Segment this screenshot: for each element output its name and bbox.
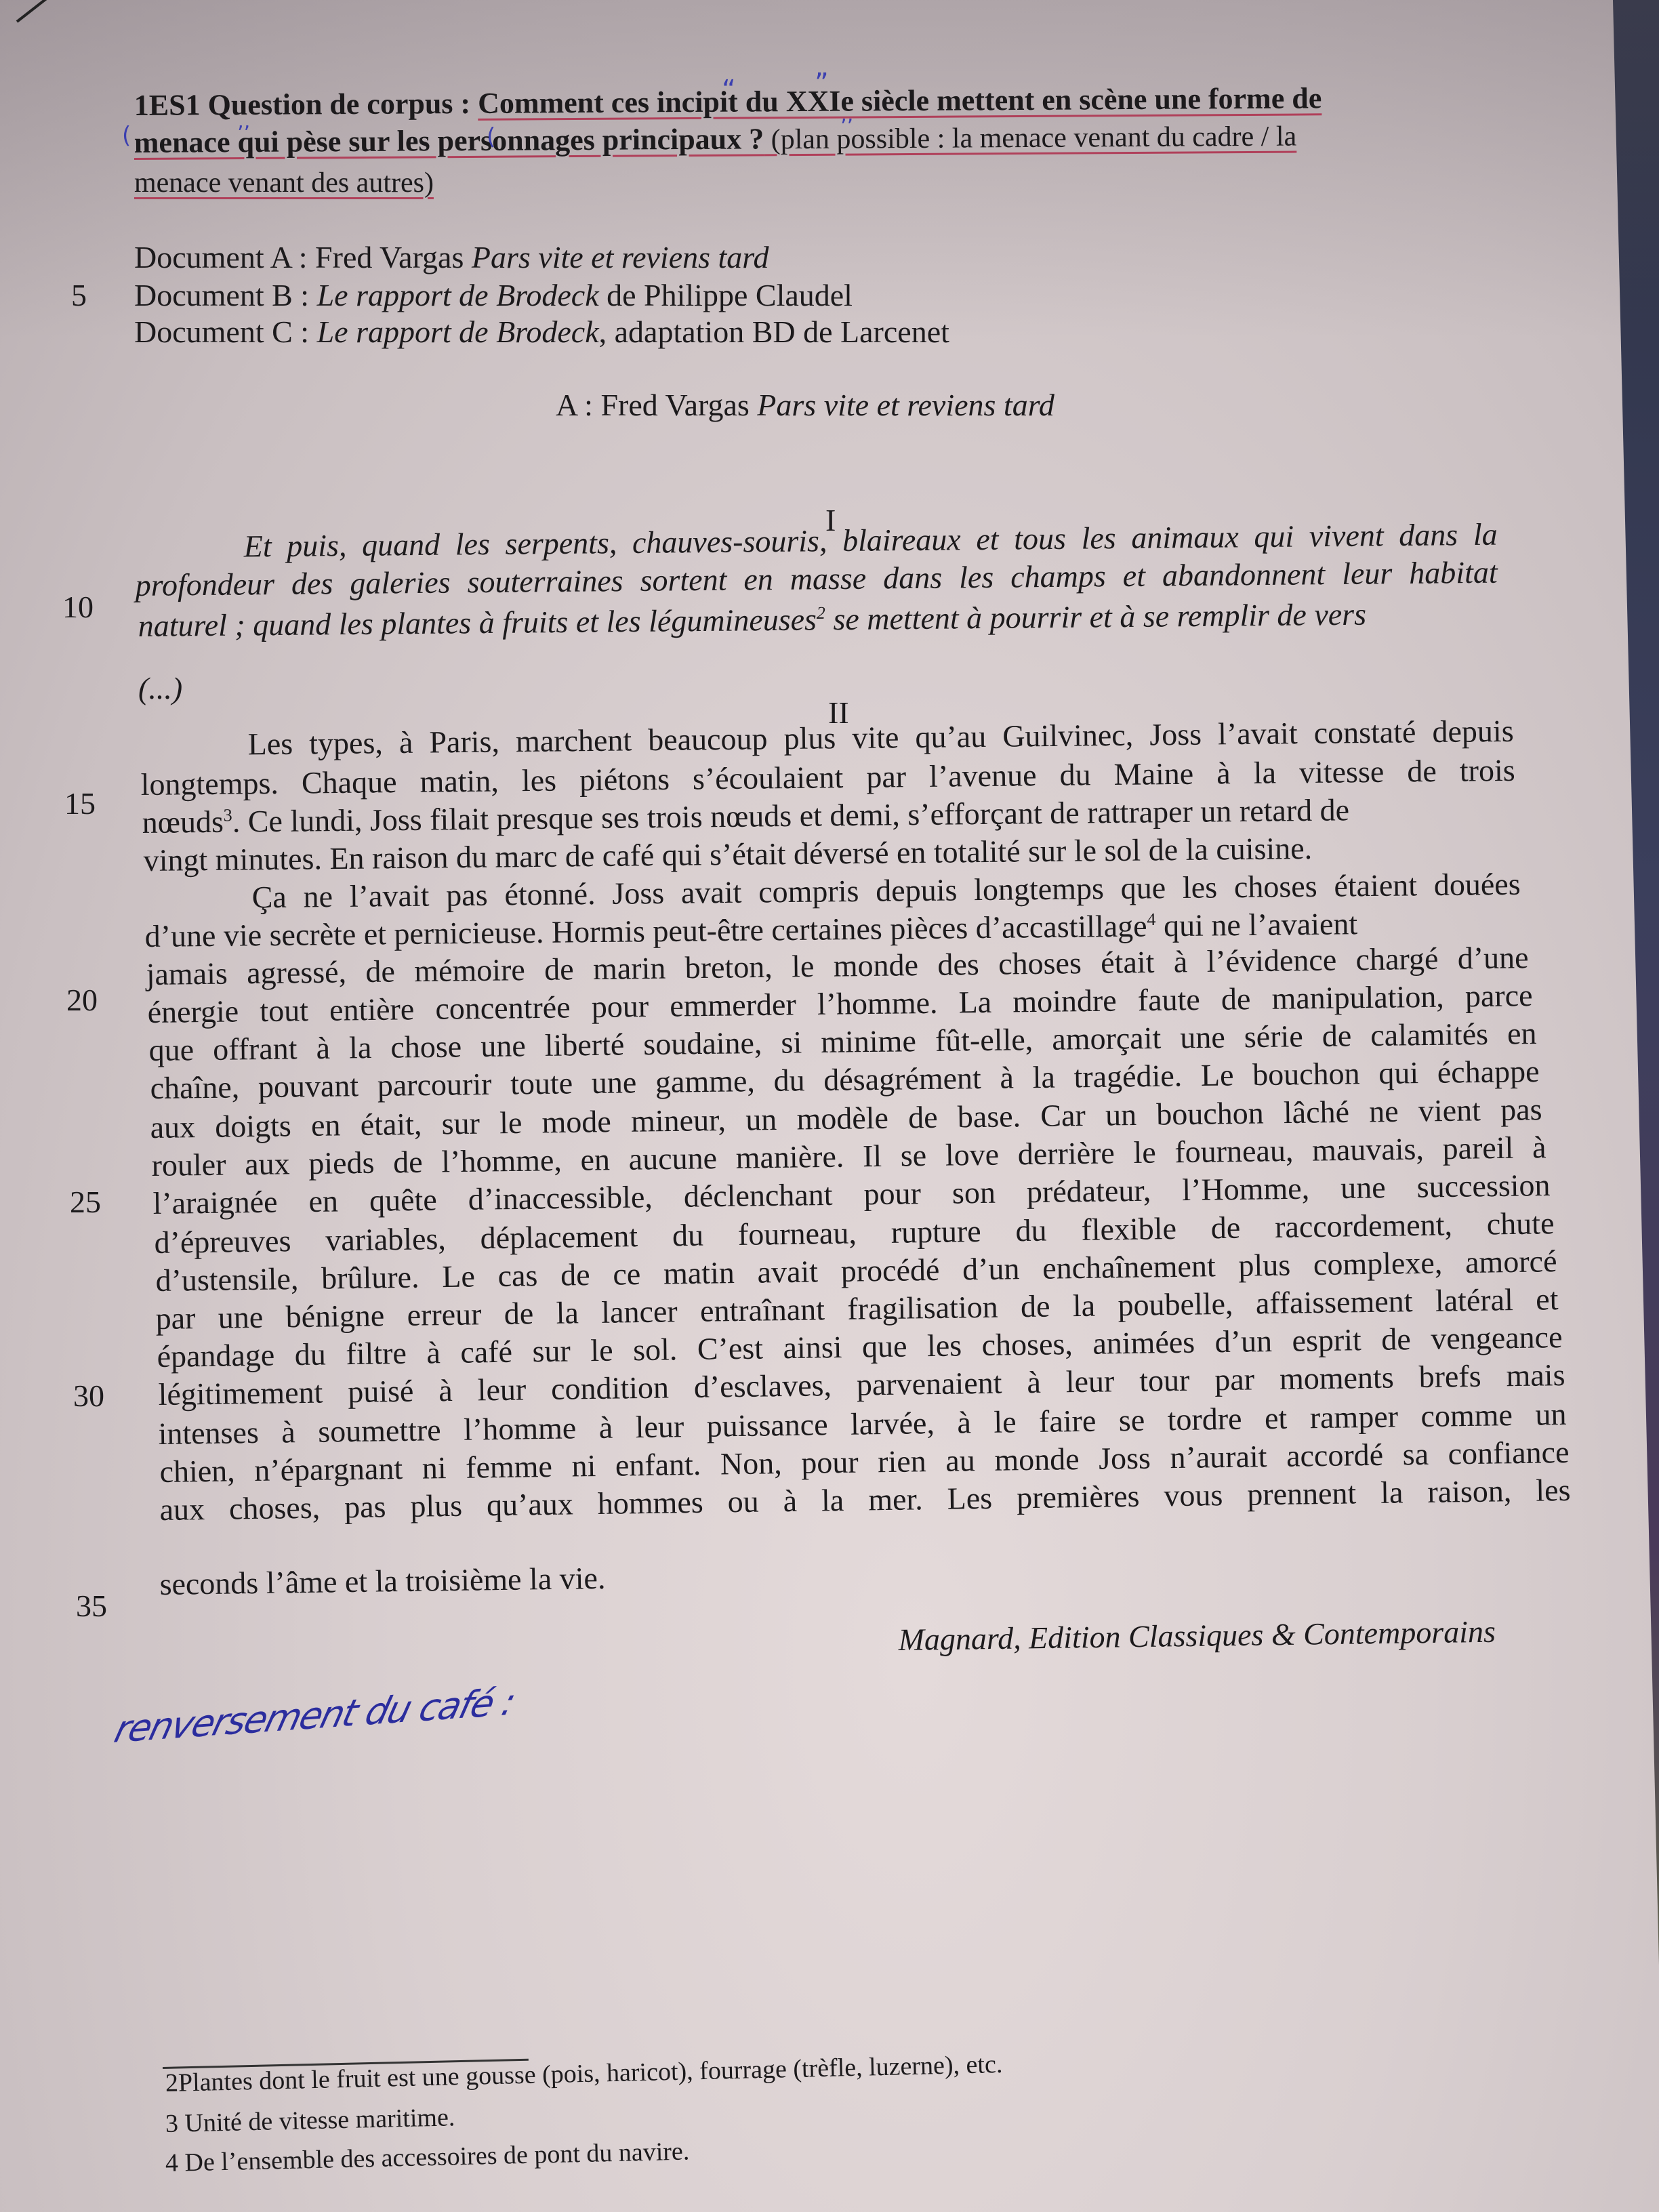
doc-suffix: , adaptation BD de Larcenet (599, 314, 949, 349)
footnote-ref: 3 (224, 805, 232, 825)
question-text-2: menace qui pèse sur les personnages prin… (134, 122, 764, 159)
footnote-ref: 2 (817, 603, 825, 623)
text-line: naturel ; quand les plantes à fruits et … (138, 596, 1366, 645)
footnote-4: 4 De l’ensemble des accessoires de pont … (165, 2136, 690, 2178)
doc-label: Document C : (134, 314, 317, 349)
text-line: (...) (138, 670, 182, 708)
text-segment: nœuds (142, 804, 224, 840)
question-line-3: menace venant des autres) (134, 164, 434, 202)
plan-text-2: menace venant des autres) (134, 167, 434, 199)
line-number: 15 (64, 785, 96, 823)
handwritten-note: renversement du café : (110, 1680, 519, 1751)
line-number: 35 (76, 1587, 107, 1625)
pen-quote-mark: ( (122, 122, 131, 149)
question-line-2: menace qui pèse sur les personnages prin… (134, 117, 1297, 163)
document-b: Document B : Le rapport de Brodeck de Ph… (134, 276, 853, 314)
doc-suffix: de Philippe Claudel (599, 278, 853, 312)
photo-stage: 1ES1 Question de corpus : Comment ces in… (0, 0, 1659, 2212)
doc-title: Le rapport de Brodeck (317, 278, 599, 312)
document-page: 1ES1 Question de corpus : Comment ces in… (0, 0, 1659, 2212)
pen-quote-mark: ” (815, 68, 829, 99)
source-citation: Magnard, Edition Classiques & Contempora… (898, 1613, 1496, 1659)
text-segment: qui ne l’avaient (1155, 906, 1357, 943)
pen-quote-mark: ’’ (237, 122, 250, 146)
footnote-2: 2Plantes dont le fruit est une gousse (p… (165, 2049, 1003, 2098)
line-number: 30 (73, 1377, 104, 1415)
doc-label: Document B : (134, 278, 317, 312)
pen-quote-mark: ’’ (840, 115, 853, 139)
doc-author: Fred Vargas (315, 240, 472, 274)
footnote-3: 3 Unité de vitesse maritime. (165, 2102, 455, 2139)
text-segment: naturel ; quand les plantes à fruits et … (138, 602, 817, 643)
line-number: 25 (70, 1183, 101, 1221)
question-prefix: 1ES1 Question de corpus : (134, 87, 478, 122)
document-c: Document C : Le rapport de Brodeck, adap… (134, 313, 949, 351)
doc-label: Document A : (134, 240, 315, 274)
document-a: Document A : Fred Vargas Pars vite et re… (134, 239, 769, 276)
pen-quote-mark: “ (722, 75, 736, 106)
doc-title: Pars vite et reviens tard (472, 240, 769, 274)
section-title: A : Fred Vargas Pars vite et reviens tar… (556, 386, 1054, 424)
line-number: 10 (62, 588, 94, 626)
doc-title: Le rapport de Brodeck (317, 314, 599, 349)
section-book-title: Pars vite et reviens tard (757, 388, 1054, 422)
pen-quote-mark: ( (487, 123, 495, 150)
text-segment: se mettent à pourrir et à se remplir de … (825, 597, 1367, 637)
line-number: 20 (66, 981, 98, 1019)
question-text: Comment ces incipit du XXIe siècle mette… (478, 81, 1322, 120)
line-number: 5 (71, 276, 87, 314)
section-prefix: A : Fred Vargas (556, 388, 757, 422)
footnote-ref: 4 (1147, 909, 1155, 929)
text-line: seconds l’âme et la troisième la vie. (159, 1559, 606, 1603)
